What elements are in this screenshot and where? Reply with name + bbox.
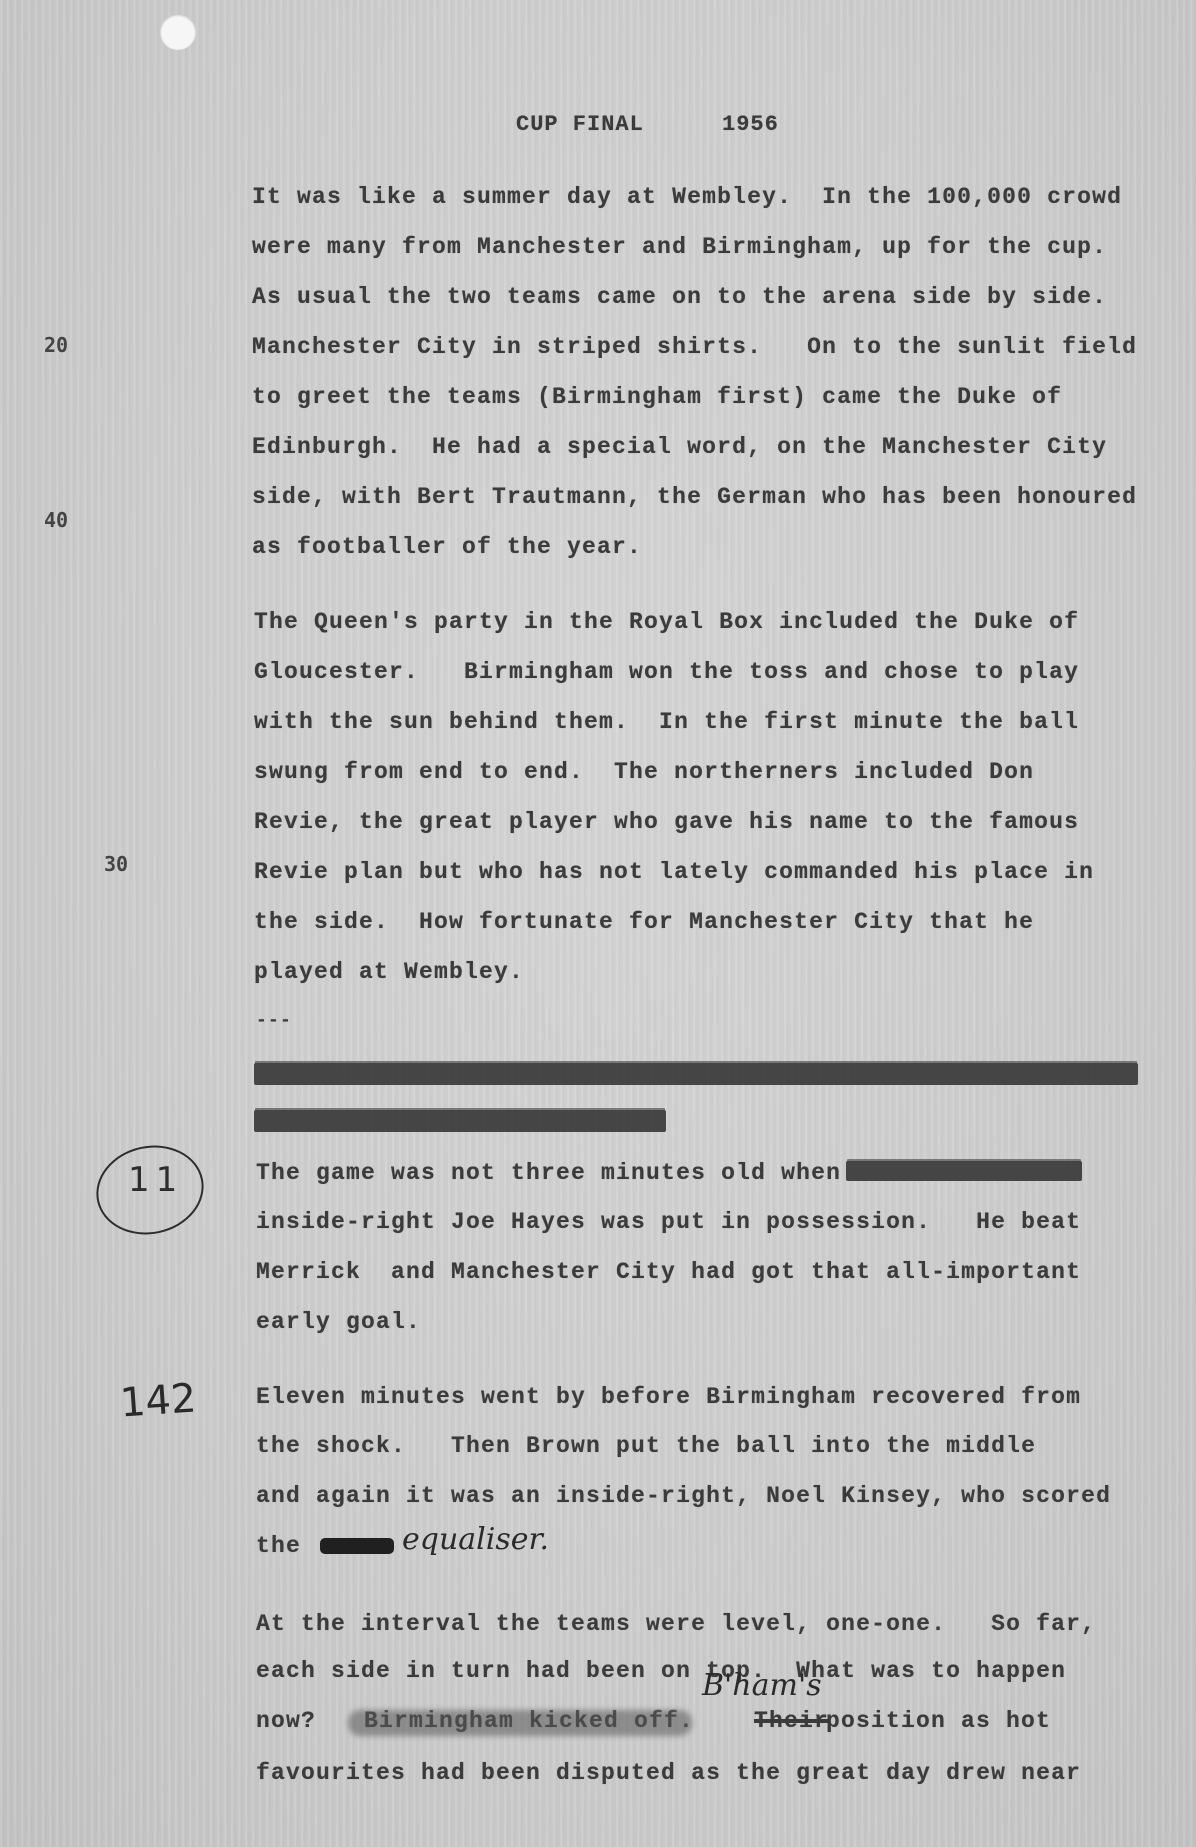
separator: --- xyxy=(256,1011,292,1031)
text-line: the xyxy=(256,1533,301,1559)
text-line: Gloucester. Birmingham won the toss and … xyxy=(254,659,1079,685)
text-line: inside-right Joe Hayes was put in posses… xyxy=(256,1209,1081,1235)
text-line: Merrick and Manchester City had got that… xyxy=(256,1259,1081,1285)
handwritten-correction: equaliser. xyxy=(402,1522,549,1557)
text-line: and again it was an inside-right, Noel K… xyxy=(256,1483,1111,1509)
struck-line-1 xyxy=(254,1063,1138,1085)
ink-scribble xyxy=(320,1538,394,1554)
punch-hole xyxy=(160,14,196,50)
text-line: the shock. Then Brown put the ball into … xyxy=(256,1433,1036,1459)
margin-number-30: 30 xyxy=(104,852,128,876)
text-line: Eleven minutes went by before Birmingham… xyxy=(256,1384,1081,1410)
struck-sentence: Birmingham kicked off. xyxy=(364,1708,694,1734)
text-line: each side in turn had been on top. What … xyxy=(256,1658,1066,1684)
text-line: early goal. xyxy=(256,1309,421,1335)
typescript-page: CUP FINAL 1956 20 40 30 It was like a su… xyxy=(0,0,1196,1847)
text-line: now? xyxy=(256,1708,316,1734)
text-line: the side. How fortunate for Manchester C… xyxy=(254,909,1034,935)
text-line: with the sun behind them. In the first m… xyxy=(254,709,1079,735)
text-line: favourites had been disputed as the grea… xyxy=(256,1760,1081,1786)
text-line: were many from Manchester and Birmingham… xyxy=(252,234,1107,260)
struck-word xyxy=(846,1161,1082,1181)
margin-number-40: 40 xyxy=(44,508,68,532)
text-line: The Queen's party in the Royal Box inclu… xyxy=(254,609,1079,635)
text-line: As usual the two teams came on to the ar… xyxy=(252,284,1107,310)
document-title: CUP FINAL xyxy=(516,112,644,137)
text-line: Manchester City in striped shirts. On to… xyxy=(252,334,1137,360)
text-line: side, with Bert Trautmann, the German wh… xyxy=(252,484,1137,510)
text-line: At the interval the teams were level, on… xyxy=(256,1611,1096,1637)
text-line: Revie plan but who has not lately comman… xyxy=(254,859,1094,885)
text-line: The game was not three minutes old when xyxy=(256,1160,841,1186)
text-line: Edinburgh. He had a special word, on the… xyxy=(252,434,1107,460)
text-line: position as hot xyxy=(826,1708,1051,1734)
text-line: swung from end to end. The northerners i… xyxy=(254,759,1034,785)
text-line: It was like a summer day at Wembley. In … xyxy=(252,184,1122,210)
margin-number-20: 20 xyxy=(44,333,68,357)
text-line: as footballer of the year. xyxy=(252,534,642,560)
circled-number: 11 xyxy=(128,1160,183,1200)
text-line: played at Wembley. xyxy=(254,959,524,985)
text-line: to greet the teams (Birmingham first) ca… xyxy=(252,384,1062,410)
text-line: Revie, the great player who gave his nam… xyxy=(254,809,1079,835)
handwritten-margin-number: 142 xyxy=(118,1375,197,1426)
handwritten-insert: B'ham's xyxy=(702,1668,822,1703)
struck-line-2 xyxy=(254,1110,666,1132)
struck-word: Their xyxy=(754,1708,829,1734)
document-year: 1956 xyxy=(722,112,779,137)
